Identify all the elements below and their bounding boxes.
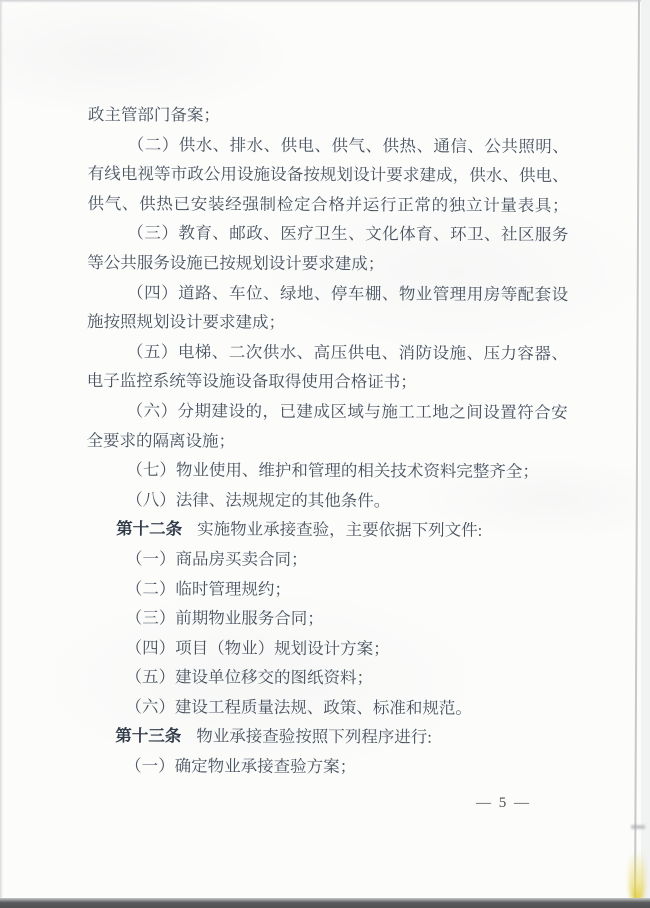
- article-12-heading: 第十二条: [116, 519, 182, 538]
- doc-line: 政主管部门备案；: [88, 100, 569, 132]
- scan-stain-yellow: [629, 850, 645, 902]
- scan-edge-top: [0, 0, 650, 3]
- doc-line-article-13: 第十三条物业承接查验按照下列程序进行:: [85, 721, 566, 753]
- doc-line: （五）建设单位移交的图纸资料；: [85, 662, 566, 694]
- doc-line: （二）临时管理规约；: [86, 573, 567, 605]
- doc-line: 有线电视等市政公用设施设备按规划设计要求建成，供水、供电、: [88, 159, 569, 191]
- scan-edge-right-shade: [641, 0, 650, 898]
- doc-line: 等公共服务设施已按规划设计要求建成；: [87, 248, 568, 280]
- doc-line: （八）法律、法规规定的其他条件。: [86, 485, 567, 517]
- doc-line: （一）确定物业承接查验方案；: [85, 751, 566, 783]
- article-13-text: 物业承接查验按照下列程序进行:: [196, 727, 432, 747]
- doc-line: （七）物业使用、维护和管理的相关技术资料完整齐全；: [86, 455, 567, 487]
- doc-line: （二）供水、排水、供电、供气、供热、通信、公共照明、: [88, 130, 569, 162]
- scan-artifact-tick: [631, 825, 645, 829]
- doc-line: 全要求的隔离设施；: [86, 426, 567, 458]
- article-12-text: 实施物业承接查验，主要依据下列文件:: [197, 520, 482, 540]
- doc-line: （三）前期物业服务合同；: [86, 603, 567, 635]
- doc-line: 供气、供热已安装经强制检定合格并运行正常的独立计量表具；: [87, 189, 568, 221]
- article-13-heading: 第十三条: [115, 727, 181, 746]
- doc-line: （六）分期建设的，已建成区域与施工工地之间设置符合安: [87, 396, 568, 428]
- document-body: 政主管部门备案； （二）供水、排水、供电、供气、供热、通信、公共照明、 有线电视…: [85, 100, 569, 783]
- scan-edge-bottom: [0, 898, 650, 908]
- scan-edge-left: [0, 0, 3, 908]
- doc-line: （六）建设工程质量法规、政策、标准和规范。: [85, 692, 566, 724]
- doc-line: （一）商品房买卖合同；: [86, 544, 567, 576]
- doc-line: （四）道路、车位、绿地、停车棚、物业管理用房等配套设: [87, 278, 568, 310]
- doc-line: 施按照规划设计要求建成；: [87, 307, 568, 339]
- doc-line: 电子监控系统等设施设备取得使用合格证书；: [87, 366, 568, 398]
- doc-line: （五）电梯、二次供水、高压供电、消防设施、压力容器、: [87, 337, 568, 369]
- page-number: — 5 —: [476, 795, 531, 812]
- doc-line: （四）项目（物业）规划设计方案；: [86, 633, 567, 665]
- doc-line-article-12: 第十二条实施物业承接查验，主要依据下列文件:: [86, 514, 567, 546]
- doc-line: （三）教育、邮政、医疗卫生、文化体育、环卫、社区服务: [87, 218, 568, 250]
